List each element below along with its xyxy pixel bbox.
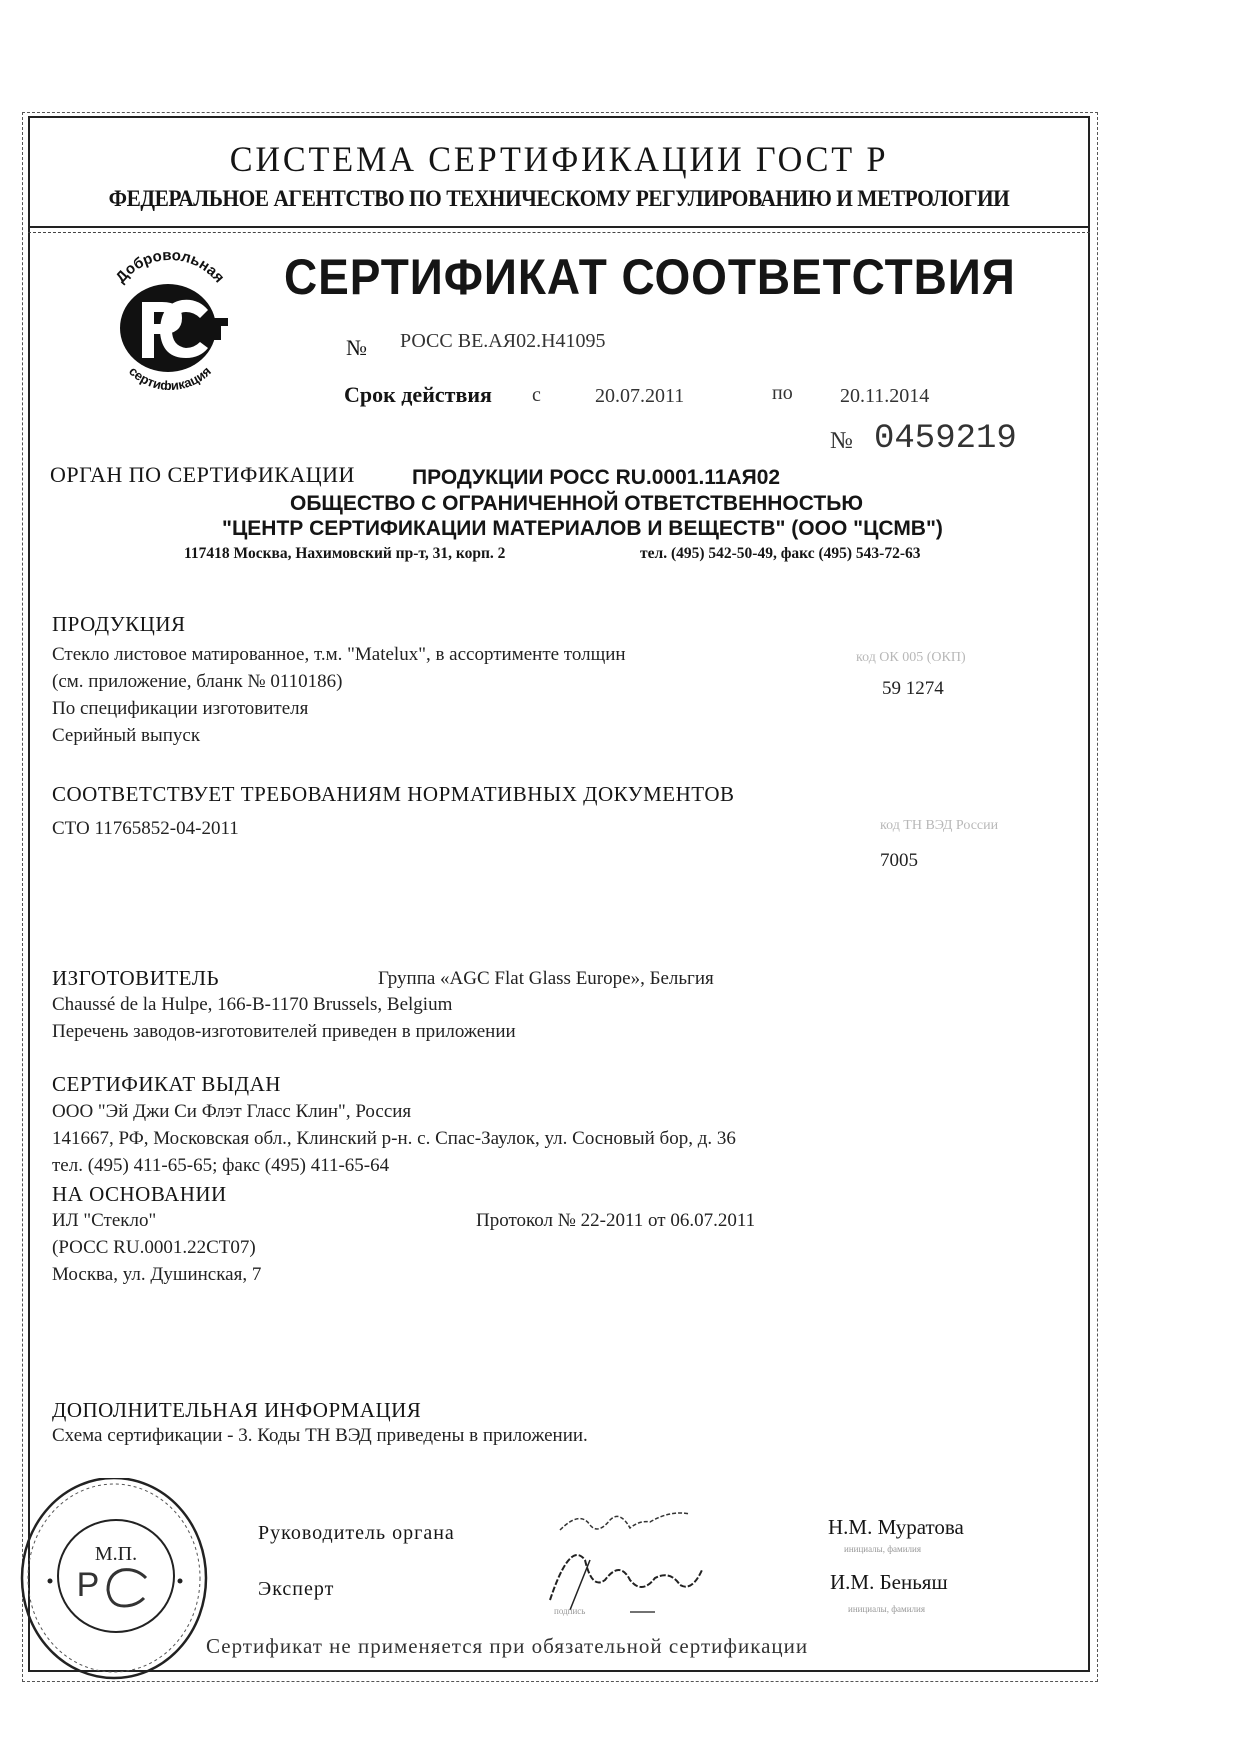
serial-number: 0459219 — [874, 420, 1017, 458]
issued-to-address: 141667, РФ, Московская обл., Клинский р-… — [52, 1128, 736, 1150]
normative-document: СТО 11765852-04-2011 — [52, 818, 239, 840]
certification-body-line3: "ЦЕНТР СЕРТИФИКАЦИИ МАТЕРИАЛОВ И ВЕЩЕСТВ… — [222, 517, 943, 541]
product-line: (см. приложение, бланк № 0110186) — [52, 671, 342, 693]
svg-text:Добровольная: Добровольная — [112, 247, 227, 286]
manufacturer-heading: ИЗГОТОВИТЕЛЬ — [52, 966, 219, 991]
certification-body-line2: ОБЩЕСТВО С ОГРАНИЧЕННОЙ ОТВЕТСТВЕННОСТЬЮ — [290, 492, 863, 516]
valid-to-label: по — [772, 382, 793, 405]
product-line: Серийный выпуск — [52, 725, 200, 747]
issued-to-name: ООО "Эй Джи Си Флэт Гласс Клин", Россия — [52, 1101, 411, 1123]
expert-name: И.М. Беньяш — [830, 1570, 948, 1595]
agency-name: ФЕДЕРАЛЬНОЕ АГЕНТСТВО ПО ТЕХНИЧЕСКОМУ РЕ… — [39, 186, 1079, 212]
basis-protocol: Протокол № 22-2011 от 06.07.2011 — [476, 1210, 755, 1232]
tnved-code: 7005 — [880, 850, 918, 872]
expert-name-caption: инициалы, фамилия — [848, 1604, 925, 1614]
validity-label: Срок действия — [344, 382, 492, 408]
valid-from-label: с — [532, 384, 541, 407]
footer-note: Сертификат не применяется при обязательн… — [206, 1634, 808, 1659]
compliance-heading: СООТВЕТСТВУЕТ ТРЕБОВАНИЯМ НОРМАТИВНЫХ ДО… — [52, 782, 735, 807]
valid-from-date: 20.07.2011 — [595, 385, 684, 408]
basis-heading: НА ОСНОВАНИИ — [52, 1182, 227, 1207]
rst-logo-icon: Добровольная сертификация — [90, 240, 250, 390]
svg-text:М.П.: М.П. — [95, 1543, 137, 1565]
basis-lab: ИЛ "Стекло" — [52, 1210, 156, 1232]
product-line: Стекло листовое матированное, т.м. "Mate… — [52, 644, 626, 666]
system-title: СИСТЕМА СЕРТИФИКАЦИИ ГОСТ Р — [28, 138, 1090, 180]
valid-to-date: 20.11.2014 — [840, 385, 929, 408]
issued-to-contacts: тел. (495) 411-65-65; факс (495) 411-65-… — [52, 1155, 389, 1177]
certification-body-label: ОРГАН ПО СЕРТИФИКАЦИИ — [50, 462, 355, 488]
basis-lab-address: Москва, ул. Душинская, 7 — [52, 1264, 261, 1286]
certification-body-line1: ПРОДУКЦИИ РОСС RU.0001.11АЯ02 — [412, 466, 780, 490]
tnved-code-caption: код ТН ВЭД России — [880, 818, 998, 834]
seal-stamp-icon: М.П. P — [18, 1478, 218, 1688]
head-name-caption: инициалы, фамилия — [844, 1544, 921, 1554]
svg-text:P: P — [77, 1566, 100, 1604]
okp-code: 59 1274 — [882, 678, 944, 700]
signature-caption: подпись — [554, 1606, 585, 1616]
head-of-body-name: Н.М. Муратова — [828, 1515, 964, 1540]
issued-to-heading: СЕРТИФИКАТ ВЫДАН — [52, 1072, 281, 1097]
certification-body-address: 117418 Москва, Нахимовский пр-т, 31, кор… — [184, 545, 505, 563]
product-line: По спецификации изготовителя — [52, 698, 308, 720]
header-divider-dashed — [28, 232, 1090, 233]
product-heading: ПРОДУКЦИЯ — [52, 612, 186, 637]
okp-code-caption: код ОК 005 (ОКП) — [856, 650, 966, 666]
expert-label: Эксперт — [258, 1578, 334, 1601]
additional-info-text: Схема сертификации - 3. Коды ТН ВЭД прив… — [52, 1425, 588, 1447]
certification-body-contacts: тел. (495) 542-50-49, факс (495) 543-72-… — [640, 545, 921, 563]
reg-number: РОСС BE.АЯ02.Н41095 — [400, 330, 606, 353]
additional-info-heading: ДОПОЛНИТЕЛЬНАЯ ИНФОРМАЦИЯ — [52, 1398, 421, 1423]
serial-number-label: № — [830, 428, 853, 455]
manufacturer-name: Группа «AGC Flat Glass Europe», Бельгия — [378, 968, 714, 990]
manufacturer-note: Перечень заводов-изготовителей приведен … — [52, 1021, 516, 1043]
manufacturer-address: Chaussé de la Hulpe, 166-B-1170 Brussels… — [52, 994, 452, 1016]
basis-lab-registration: (РОСС RU.0001.22СТ07) — [52, 1237, 256, 1259]
head-of-body-label: Руководитель органа — [258, 1522, 455, 1545]
header-divider — [28, 226, 1090, 228]
reg-number-label: № — [346, 335, 367, 361]
document-title: СЕРТИФИКАТ СООТВЕТСТВИЯ — [284, 248, 1016, 306]
